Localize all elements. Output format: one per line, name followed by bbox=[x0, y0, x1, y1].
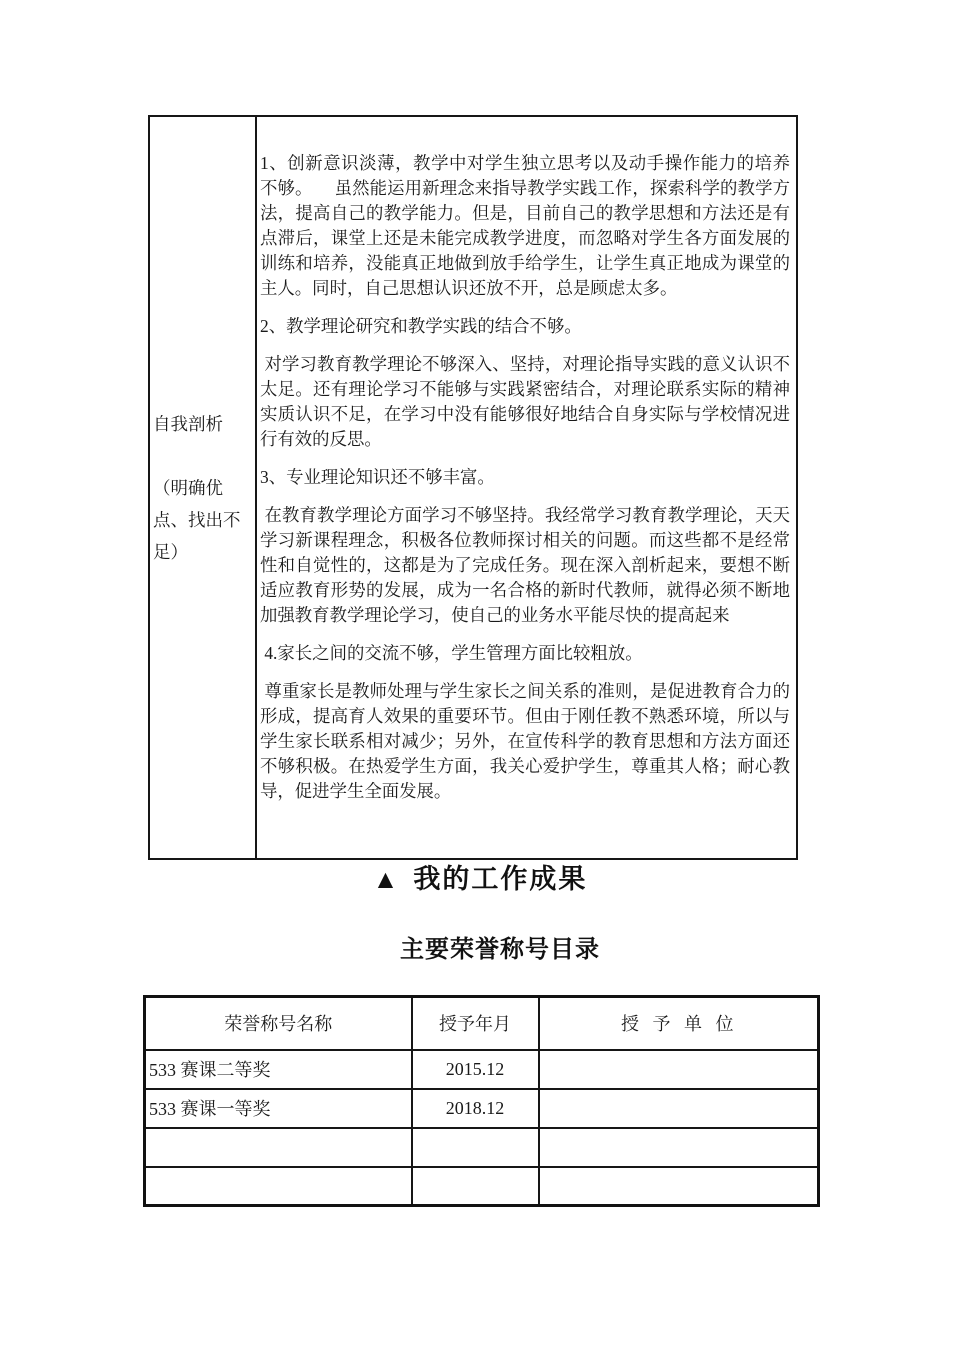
honors-header-date: 授予年月 bbox=[412, 997, 539, 1050]
honor-name-cell bbox=[145, 1167, 412, 1206]
analysis-content-cell: 1、创新意识淡薄，教学中对学生独立思考以及动手操作能力的培养不够。 虽然能运用新… bbox=[256, 116, 797, 859]
analysis-paragraph: 3、专业理论知识还不够丰富。 bbox=[260, 465, 790, 490]
honor-unit-cell bbox=[539, 1089, 819, 1128]
honor-date-cell: 2015.12 bbox=[412, 1050, 539, 1089]
honor-unit-cell bbox=[539, 1128, 819, 1167]
triangle-icon: ▲ bbox=[373, 865, 399, 894]
section-heading: ▲我的工作成果 bbox=[0, 857, 960, 896]
section-heading-text: 我的工作成果 bbox=[413, 864, 587, 894]
analysis-paragraph: 4.家长之间的交流不够，学生管理方面比较粗放。 bbox=[260, 641, 790, 666]
honor-unit-cell bbox=[539, 1167, 819, 1206]
analysis-paragraph: 尊重家长是教师处理与学生家长之间关系的准则，是促进教育合力的形成，提高育人效果的… bbox=[260, 679, 790, 804]
honor-name-cell: 533 赛课一等奖 bbox=[145, 1089, 412, 1128]
honors-header-row: 荣誉称号名称 授予年月 授 予 单 位 bbox=[145, 997, 819, 1050]
analysis-paragraph: 在教育教学理论方面学习不够坚持。我经常学习教育教学理论，天天学习新课程理念，积极… bbox=[260, 503, 790, 628]
honors-row bbox=[145, 1128, 819, 1167]
honor-name-cell: 533 赛课二等奖 bbox=[145, 1050, 412, 1089]
analysis-paragraph: 对学习教育教学理论不够深入、坚持，对理论指导实践的意义认识不太足。还有理论学习不… bbox=[260, 352, 790, 452]
subsection-heading: 主要荣誉称号目录 bbox=[20, 929, 960, 964]
honors-row bbox=[145, 1167, 819, 1206]
honor-date-cell bbox=[412, 1128, 539, 1167]
honors-header-name: 荣誉称号名称 bbox=[145, 997, 412, 1050]
honors-row: 533 赛课二等奖 2015.12 bbox=[145, 1050, 819, 1089]
analysis-paragraph: 1、创新意识淡薄，教学中对学生独立思考以及动手操作能力的培养不够。 虽然能运用新… bbox=[260, 151, 790, 301]
honor-date-cell: 2018.12 bbox=[412, 1089, 539, 1128]
self-analysis-table: 自我剖析 （明确优点、找出不足） 1、创新意识淡薄，教学中对学生独立思考以及动手… bbox=[148, 115, 798, 860]
analysis-paragraph: 2、教学理论研究和教学实践的结合不够。 bbox=[260, 314, 790, 339]
analysis-label-note: （明确优点、找出不足） bbox=[153, 472, 253, 568]
honor-unit-cell bbox=[539, 1050, 819, 1089]
honors-row: 533 赛课一等奖 2018.12 bbox=[145, 1089, 819, 1128]
honors-header-unit: 授 予 单 位 bbox=[539, 997, 819, 1050]
analysis-label-title: 自我剖析 bbox=[153, 408, 253, 440]
analysis-label-cell: 自我剖析 （明确优点、找出不足） bbox=[149, 116, 256, 859]
honor-date-cell bbox=[412, 1167, 539, 1206]
honors-table: 荣誉称号名称 授予年月 授 予 单 位 533 赛课二等奖 2015.12 53… bbox=[143, 995, 820, 1207]
honor-name-cell bbox=[145, 1128, 412, 1167]
document-page: 自我剖析 （明确优点、找出不足） 1、创新意识淡薄，教学中对学生独立思考以及动手… bbox=[0, 0, 960, 1357]
self-analysis-row: 自我剖析 （明确优点、找出不足） 1、创新意识淡薄，教学中对学生独立思考以及动手… bbox=[149, 116, 797, 859]
